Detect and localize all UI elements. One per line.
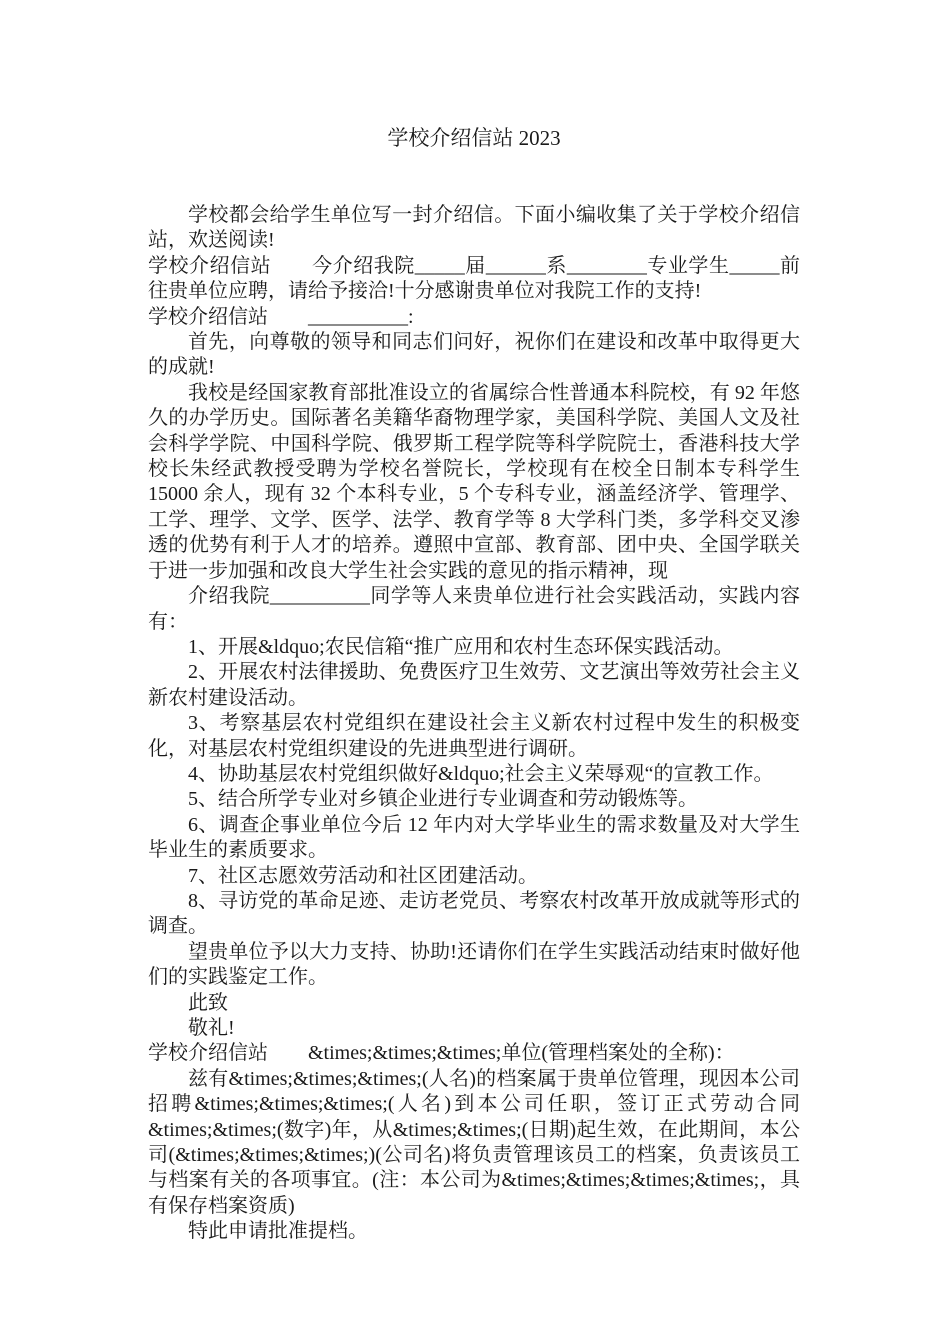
- paragraph: 学校介绍信站 &times;&times;&times;单位(管理档案处的全称)…: [148, 1041, 800, 1066]
- paragraph: 8、寻访党的革命足迹、走访老党员、考察农村改革开放成就等形式的调查。: [148, 889, 800, 940]
- paragraph: 1、开展&ldquo;农民信箱“推广应用和农村生态环保实践活动。: [148, 635, 800, 660]
- document-title: 学校介绍信站 2023: [148, 126, 800, 151]
- paragraph: 学校介绍信站 今介绍我院_____届______系________专业学生___…: [148, 254, 800, 305]
- paragraph: 7、社区志愿效劳活动和社区团建活动。: [148, 864, 800, 889]
- paragraph: 首先，向尊敬的领导和同志们问好，祝你们在建设和改革中取得更大的成就!: [148, 330, 800, 381]
- paragraph: 兹有&times;&times;&times;(人名)的档案属于贵单位管理，现因…: [148, 1067, 800, 1219]
- paragraph: 望贵单位予以大力支持、协助!还请你们在学生实践活动结束时做好他们的实践鉴定工作。: [148, 940, 800, 991]
- paragraph: 4、协助基层农村党组织做好&ldquo;社会主义荣辱观“的宣教工作。: [148, 762, 800, 787]
- paragraph: 我校是经国家教育部批准设立的省属综合性普通本科院校，有 92 年悠久的办学历史。…: [148, 381, 800, 584]
- paragraph: 5、结合所学专业对乡镇企业进行专业调查和劳动锻炼等。: [148, 787, 800, 812]
- document-page: 学校介绍信站 2023 学校都会给学生单位写一封介绍信。下面小编收集了关于学校介…: [0, 0, 950, 1344]
- paragraph: 敬礼!: [148, 1016, 800, 1041]
- paragraph: 介绍我院__________同学等人来贵单位进行社会实践活动，实践内容有：: [148, 584, 800, 635]
- paragraph: 学校介绍信站 __________:: [148, 305, 800, 330]
- paragraph: 2、开展农村法律援助、免费医疗卫生效劳、文艺演出等效劳社会主义新农村建设活动。: [148, 660, 800, 711]
- paragraph: 此致: [148, 991, 800, 1016]
- paragraph: 学校都会给学生单位写一封介绍信。下面小编收集了关于学校介绍信站，欢送阅读!: [148, 203, 800, 254]
- paragraph: 3、考察基层农村党组织在建设社会主义新农村过程中发生的积极变化，对基层农村党组织…: [148, 711, 800, 762]
- document-body: 学校都会给学生单位写一封介绍信。下面小编收集了关于学校介绍信站，欢送阅读!学校介…: [148, 203, 800, 1245]
- paragraph: 6、调查企事业单位今后 12 年内对大学毕业生的需求数量及对大学生毕业生的素质要…: [148, 813, 800, 864]
- paragraph: 特此申请批准提档。: [148, 1219, 800, 1244]
